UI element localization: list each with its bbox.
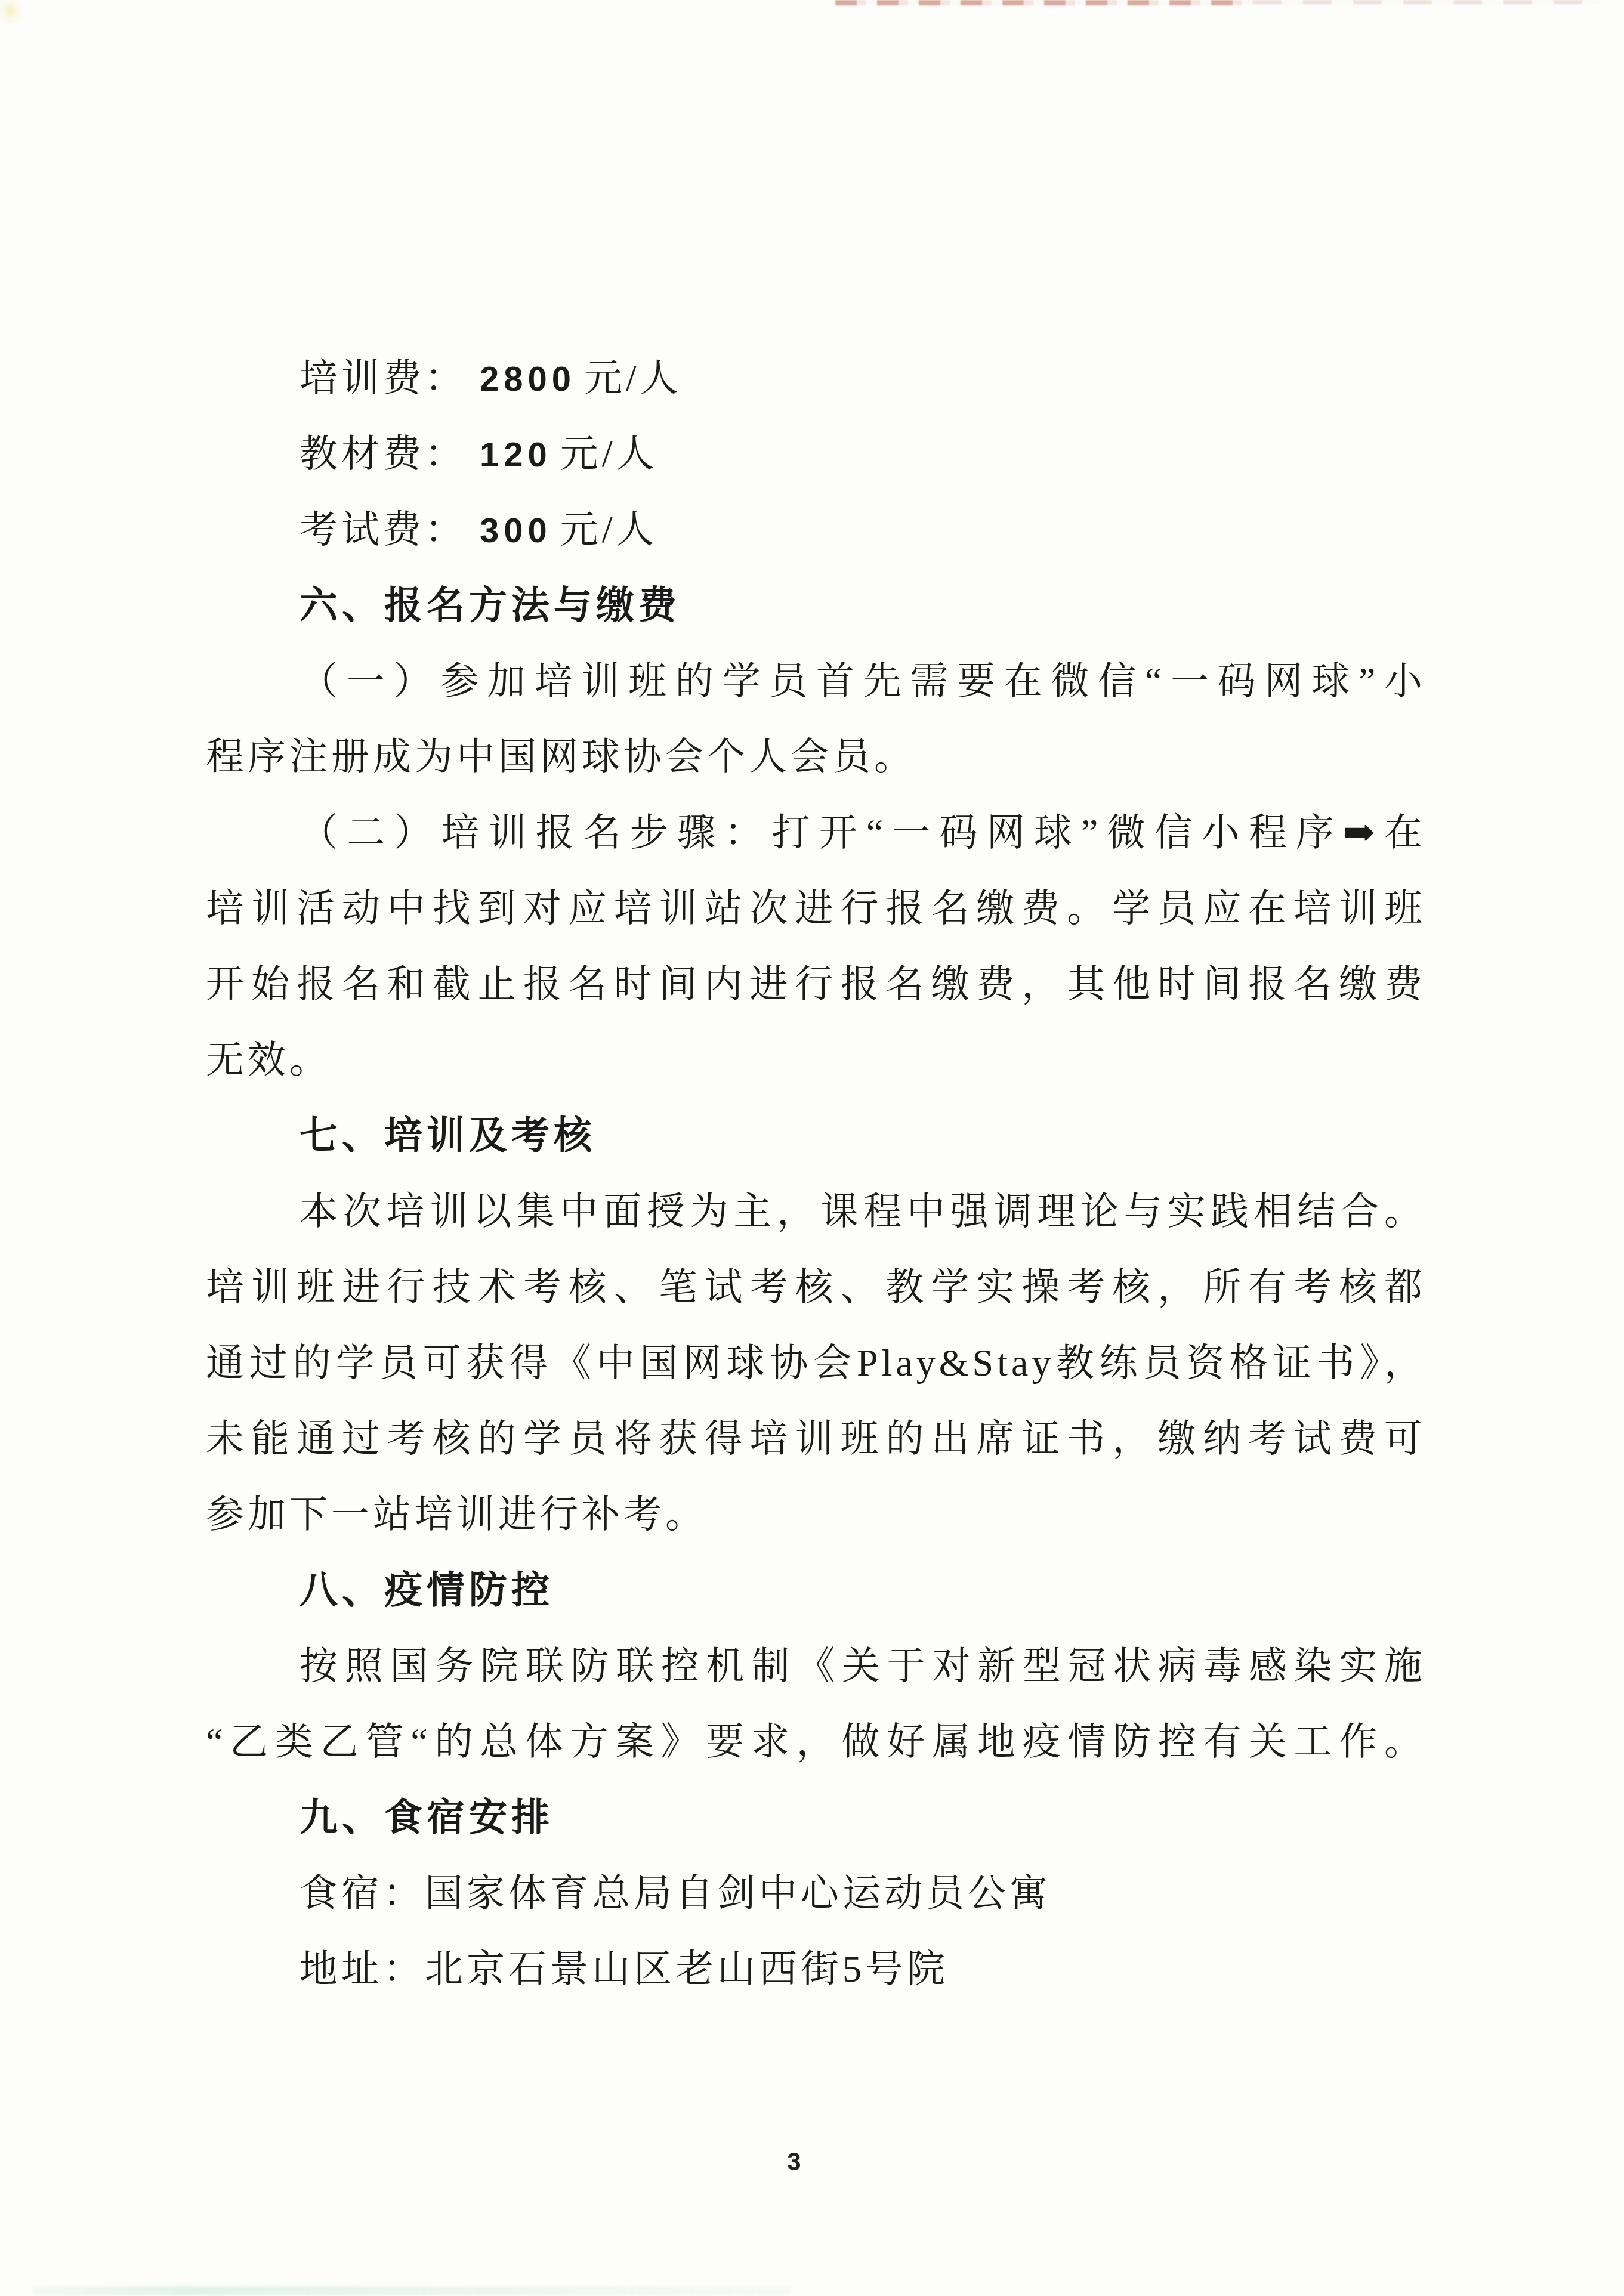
body-line: 参加下一站培训进行补考。 — [206, 1476, 1426, 1552]
fee-label: 培训费： — [300, 357, 467, 399]
section-heading-accommodation: 九、食宿安排 — [206, 1779, 1426, 1855]
body-line: 培训活动中找到对应培训站次进行报名缴费。学员应在培训班 — [206, 870, 1426, 946]
address-line: 地址：北京石景山区老山西街5号院 — [206, 1931, 1426, 2007]
fee-unit: 元/人 — [560, 508, 658, 551]
scan-artifact-corner-blob — [0, 0, 24, 26]
fee-line-materials: 教材费：120元/人 — [206, 416, 1426, 492]
scan-artifact-bottom-noise — [33, 2286, 791, 2295]
body-line: 未能通过考核的学员将获得培训班的出席证书，缴纳考试费可 — [206, 1401, 1426, 1476]
page-number: 3 — [0, 2147, 1588, 2176]
section-heading-epidemic-control: 八、疫情防控 — [206, 1552, 1426, 1628]
accommodation-line: 食宿：国家体育总局自剑中心运动员公寓 — [206, 1855, 1426, 1931]
scanned-document-page: 培训费：2800元/人 教材费：120元/人 考试费：300元/人 六、报名方法… — [0, 0, 1624, 2296]
scan-artifact-red-dashes — [835, 0, 1253, 5]
body-line: 程序注册成为中国网球协会个人会员。 — [206, 719, 1426, 795]
body-line: 通过的学员可获得《中国网球协会Play&Stay教练员资格证书》， — [206, 1325, 1426, 1401]
document-body: 培训费：2800元/人 教材费：120元/人 考试费：300元/人 六、报名方法… — [206, 340, 1426, 2007]
section-heading-training-assessment: 七、培训及考核 — [206, 1098, 1426, 1173]
body-line: 按照国务院联防联控机制《关于对新型冠状病毒感染实施 — [206, 1628, 1426, 1704]
fee-line-training: 培训费：2800元/人 — [206, 340, 1426, 416]
body-line: 本次培训以集中面授为主，课程中强调理论与实践相结合。 — [206, 1173, 1426, 1249]
fee-unit: 元/人 — [560, 432, 658, 475]
body-line: 培训班进行技术考核、笔试考核、教学实操考核，所有考核都 — [206, 1249, 1426, 1325]
fee-amount: 300 — [480, 511, 552, 550]
body-line: “乙类乙管“的总体方案》要求，做好属地疫情防控有关工作。 — [206, 1704, 1426, 1779]
body-line: 无效。 — [206, 1022, 1426, 1098]
fee-unit: 元/人 — [584, 357, 682, 399]
body-line: 开始报名和截止报名时间内进行报名缴费，其他时间报名缴费 — [206, 946, 1426, 1022]
scan-artifact-red-dashes-faint — [1253, 0, 1599, 4]
fee-label: 教材费： — [300, 432, 467, 475]
body-line: （二）培训报名步骤：打开“一码网球”微信小程序➡在 — [206, 795, 1426, 870]
body-line: （一）参加培训班的学员首先需要在微信“一码网球”小 — [206, 643, 1426, 719]
section-heading-registration: 六、报名方法与缴费 — [206, 567, 1426, 643]
fee-amount: 120 — [480, 435, 552, 474]
fee-label: 考试费： — [300, 508, 467, 551]
fee-line-exam: 考试费：300元/人 — [206, 492, 1426, 567]
fee-amount: 2800 — [480, 360, 576, 398]
